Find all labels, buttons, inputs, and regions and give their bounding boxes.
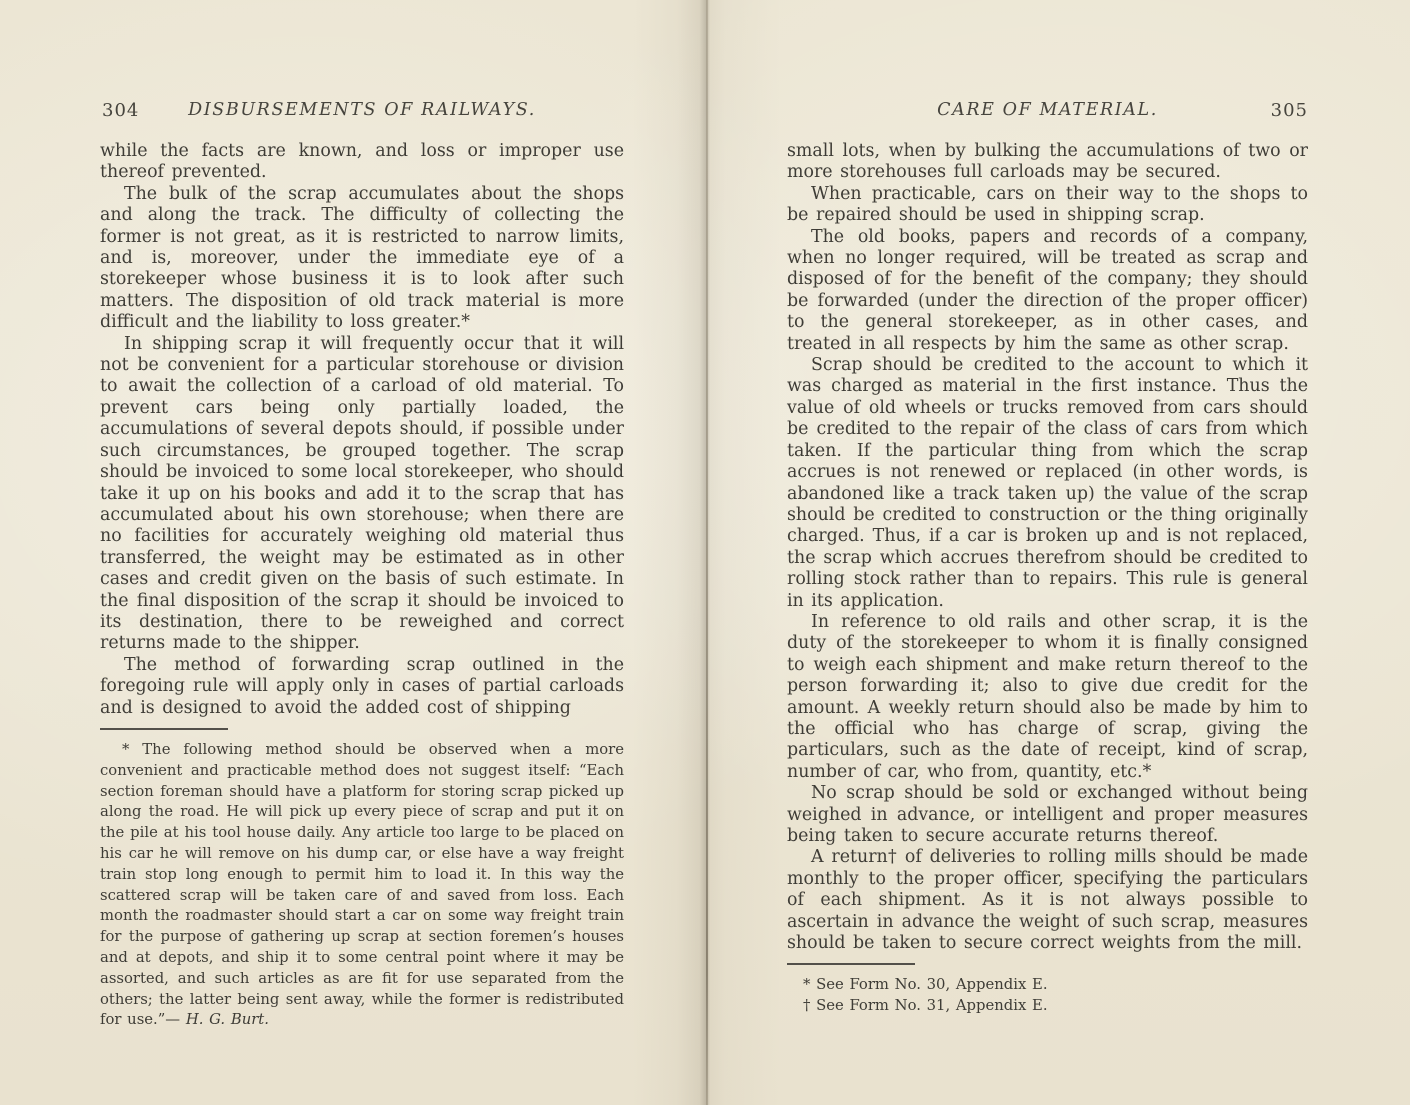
paragraph: The old books, papers and records of a c…: [787, 227, 1308, 355]
page-right: CARE OF MATERIAL. 305 small lots, when b…: [787, 0, 1308, 1105]
page-number-right: 305: [1271, 100, 1308, 121]
book-spine-crease: [706, 0, 708, 1105]
paragraph: In shipping scrap it will frequently occ…: [100, 334, 624, 655]
page-body-left: while the facts are known, and loss or i…: [100, 141, 624, 1031]
paragraph: When practicable, cars on their way to t…: [787, 184, 1308, 227]
book-gutter-shadow: [632, 0, 782, 1105]
book-spread: 304 DISBURSEMENTS OF RAILWAYS. while the…: [0, 0, 1410, 1105]
paragraph: The bulk of the scrap accumulates about …: [100, 184, 624, 334]
page-header-right: CARE OF MATERIAL. 305: [787, 100, 1308, 126]
page-body-right: small lots, when by bulking the accumula…: [787, 141, 1308, 1017]
footnote-text: * The following method should be observe…: [100, 740, 624, 1031]
running-head-left: DISBURSEMENTS OF RAILWAYS.: [100, 100, 624, 120]
paragraph: while the facts are known, and loss or i…: [100, 141, 624, 184]
paragraph: The method of forwarding scrap outlined …: [100, 655, 624, 719]
footnote-item: † See Form No. 31, Appendix E.: [787, 996, 1308, 1017]
paragraph: No scrap should be sold or exchanged wit…: [787, 783, 1308, 847]
footnotes-right: * See Form No. 30, Appendix E. † See For…: [787, 975, 1308, 1017]
footnote-rule-right: [787, 963, 915, 965]
footnote-attribution: H. G. Burt.: [186, 1011, 269, 1028]
page-left: 304 DISBURSEMENTS OF RAILWAYS. while the…: [100, 0, 624, 1105]
page-header-left: 304 DISBURSEMENTS OF RAILWAYS.: [100, 100, 624, 126]
footnote-left: * The following method should be observe…: [100, 740, 624, 1031]
paragraph: A return† of deliveries to rolling mills…: [787, 847, 1308, 954]
running-head-right: CARE OF MATERIAL.: [787, 100, 1308, 120]
footnote-rule-left: [100, 728, 228, 730]
paragraph: In reference to old rails and other scra…: [787, 612, 1308, 783]
paragraph: small lots, when by bulking the accumula…: [787, 141, 1308, 184]
footnote-item: * See Form No. 30, Appendix E.: [787, 975, 1308, 996]
paragraph: Scrap should be credited to the account …: [787, 355, 1308, 612]
